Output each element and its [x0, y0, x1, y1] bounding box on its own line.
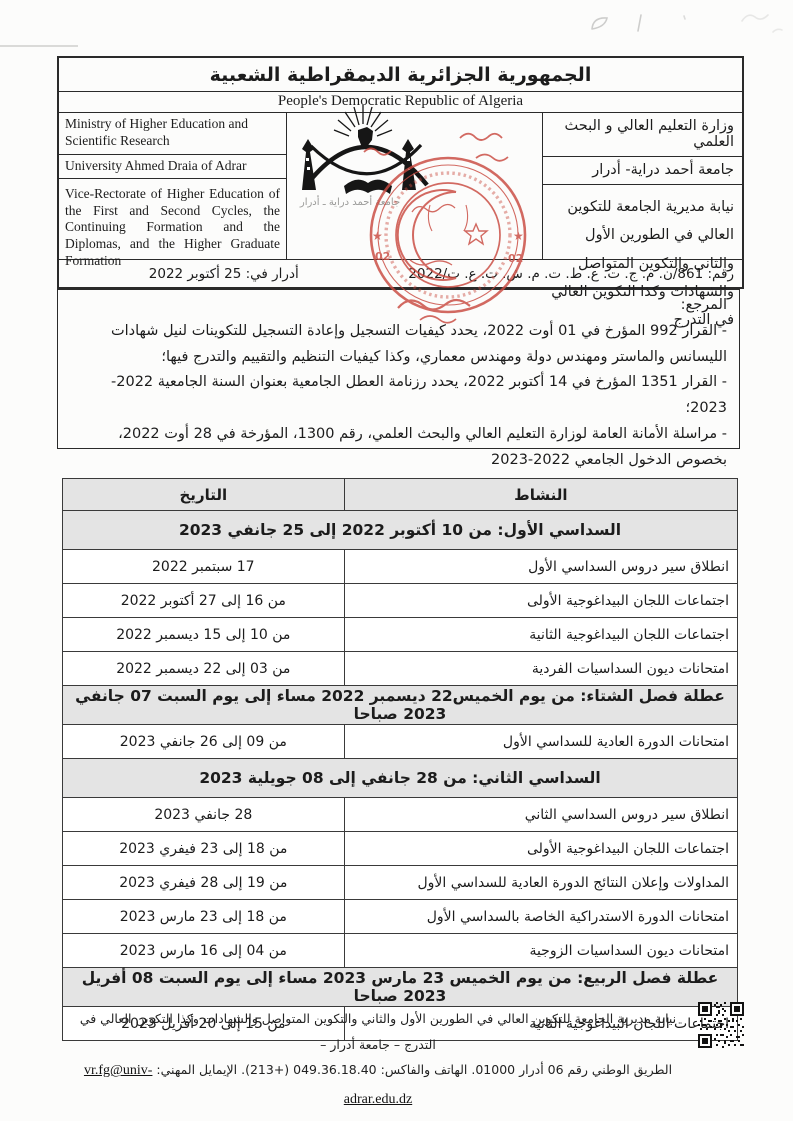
activity-cell: امتحانات ديون السداسيات الفردية — [344, 652, 737, 686]
footer-address-line2: الطريق الوطني رقم 06 أدرار 01000. الهاتف… — [152, 1062, 672, 1077]
activity-cell: المداولات وإعلان النتائج الدورة العادية … — [344, 866, 737, 900]
place-and-date: أدرار في: 25 أكتوبر 2022 — [67, 266, 381, 282]
table-row: اجتماعات اللجان البيداغوجية الثانية من 1… — [63, 618, 738, 652]
reference-item: - القرار 1351 المؤرخ في 14 أكتوبر 2022، … — [70, 370, 727, 422]
table-row: امتحانات ديون السداسيات الفردية من 03 إل… — [63, 652, 738, 686]
activity-cell: اجتماعات اللجان البيداغوجية الأولى — [344, 584, 737, 618]
activity-cell: اجتماعات اللجان البيداغوجية الأولى — [344, 832, 737, 866]
reference-label: المرجع: — [70, 293, 727, 319]
footer: نيابة مديرية الجامعة للتكوين العالي في ا… — [66, 1006, 690, 1115]
footer-address-line1: نيابة مديرية الجامعة للتكوين العالي في ا… — [80, 1011, 676, 1052]
winter-break-section: عطلة فصل الشتاء: من يوم الخميس22 ديسمبر … — [63, 686, 738, 725]
date-cell: من 09 إلى 26 جانفي 2023 — [63, 725, 345, 759]
date-cell: من 18 إلى 23 فيفري 2023 — [63, 832, 345, 866]
table-header-row: النشاط التاريخ — [63, 479, 738, 511]
reference-item: - مراسلة الأمانة العامة لوزارة التعليم ا… — [70, 422, 727, 474]
activity-cell: امتحانات الدورة العادية للسداسي الأول — [344, 725, 737, 759]
qr-code-icon — [698, 1002, 744, 1048]
table-row: المداولات وإعلان النتائج الدورة العادية … — [63, 866, 738, 900]
spring-break-section: عطلة فصل الربيع: من يوم الخميس 23 مارس 2… — [63, 968, 738, 1007]
table-section-row: السداسي الثاني: من 28 جانفي إلى 08 جويلي… — [63, 759, 738, 798]
table-row: اجتماعات اللجان البيداغوجية الأولى من 18… — [63, 832, 738, 866]
semester2-section: السداسي الثاني: من 28 جانفي إلى 08 جويلي… — [63, 759, 738, 798]
country-title-arabic: الجمهورية الجزائرية الديمقراطية الشعبية — [59, 58, 742, 92]
activity-cell: انطلاق سير دروس السداسي الثاني — [344, 798, 737, 832]
activity-cell: انطلاق سير دروس السداسي الأول — [344, 550, 737, 584]
date-cell: من 18 إلى 23 مارس 2023 — [63, 900, 345, 934]
date-cell: 28 جانفي 2023 — [63, 798, 345, 832]
ministry-name-ar: وزارة التعليم العالي و البحث العلمي — [543, 113, 742, 157]
activity-column-header: النشاط — [344, 479, 737, 511]
university-name-ar: جامعة أحمد دراية- أدرار — [543, 157, 742, 185]
header-columns: Ministry of Higher Education and Scienti… — [59, 113, 742, 259]
handwriting-marks — [520, 2, 790, 47]
table-row: انطلاق سير دروس السداسي الأول 17 سبتمبر … — [63, 550, 738, 584]
academic-calendar-table: النشاط التاريخ السداسي الأول: من 10 أكتو… — [62, 478, 738, 1041]
scanned-document-page: الجمهورية الجزائرية الديمقراطية الشعبية … — [0, 0, 793, 1121]
table-section-row: عطلة فصل الشتاء: من يوم الخميس22 ديسمبر … — [63, 686, 738, 725]
date-column-header: التاريخ — [63, 479, 345, 511]
semester1-section: السداسي الأول: من 10 أكتوبر 2022 إلى 25 … — [63, 511, 738, 550]
date-cell: من 10 إلى 15 ديسمبر 2022 — [63, 618, 345, 652]
date-cell: من 19 إلى 28 فيفري 2023 — [63, 866, 345, 900]
table-row: امتحانات الدورة العادية للسداسي الأول من… — [63, 725, 738, 759]
date-cell: من 04 إلى 16 مارس 2023 — [63, 934, 345, 968]
table-row: امتحانات ديون السداسيات الزوجية من 04 إل… — [63, 934, 738, 968]
ministry-name-en: Ministry of Higher Education and Scienti… — [59, 113, 286, 155]
table-section-row: عطلة فصل الربيع: من يوم الخميس 23 مارس 2… — [63, 968, 738, 1007]
activity-cell: امتحانات الدورة الاستدراكية الخاصة بالسد… — [344, 900, 737, 934]
header-arabic-column: وزارة التعليم العالي و البحث العلمي جامع… — [542, 113, 742, 259]
document-header: الجمهورية الجزائرية الديمقراطية الشعبية … — [57, 56, 744, 289]
activity-cell: اجتماعات اللجان البيداغوجية الثانية — [344, 618, 737, 652]
vice-rectorate-en: Vice-Rectorate of Higher Education of th… — [59, 179, 286, 270]
scan-edge-artifact — [0, 45, 78, 47]
logo-cell — [287, 113, 542, 259]
date-cell: من 16 إلى 27 أكتوبر 2022 — [63, 584, 345, 618]
table-row: انطلاق سير دروس السداسي الثاني 28 جانفي … — [63, 798, 738, 832]
activity-cell: امتحانات ديون السداسيات الزوجية — [344, 934, 737, 968]
university-name-en: University Ahmed Draia of Adrar — [59, 155, 286, 179]
table-row: اجتماعات اللجان البيداغوجية الأولى من 16… — [63, 584, 738, 618]
date-cell: 17 سبتمبر 2022 — [63, 550, 345, 584]
header-english-column: Ministry of Higher Education and Scienti… — [59, 113, 287, 259]
table-row: امتحانات الدورة الاستدراكية الخاصة بالسد… — [63, 900, 738, 934]
reference-section: المرجع: - القرار 992 المؤرخ في 01 أوت 20… — [57, 289, 740, 449]
country-title-english: People's Democratic Republic of Algeria — [59, 92, 742, 113]
reference-item: - القرار 992 المؤرخ في 01 أوت 2022، يحدد… — [70, 319, 727, 371]
reference-number: رقم: 861/ن. م. ج. ت. ع. ط. ت. م. ش. ت. ع… — [381, 266, 735, 282]
date-cell: من 03 إلى 22 ديسمبر 2022 — [63, 652, 345, 686]
table-section-row: السداسي الأول: من 10 أكتوبر 2022 إلى 25 … — [63, 511, 738, 550]
